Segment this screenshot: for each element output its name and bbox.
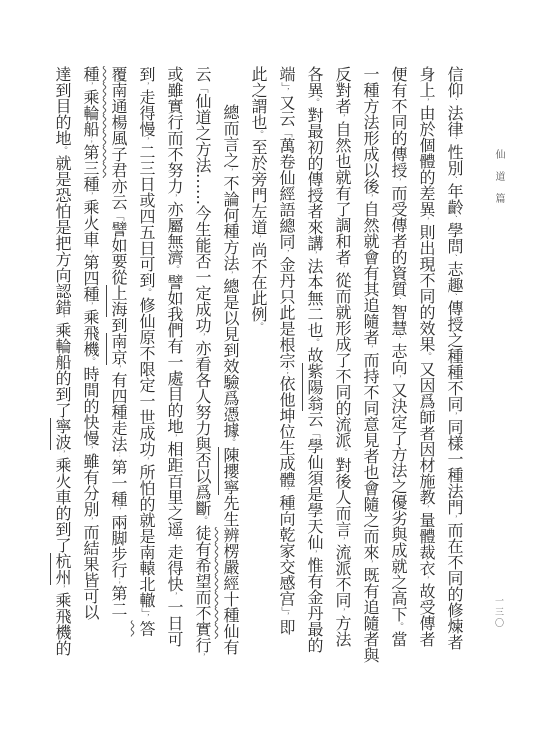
text-column: 總而言之，不論何種方法，總是以見到效驗爲憑據。陳攖寧先生辨楞嚴經十種仙有 [216,66,244,692]
text-run: 便有不同的傳授，而受傳者的資質、智慧、志向，又決定了方法之優劣與成就之高下。當 [389,66,408,647]
proper-name-mark: 杭州 [53,553,72,585]
text-column: 云「仙道之方法……今生能否一定成功，亦看各人努力與否以爲斷。徒有希望而不實行， [188,66,216,692]
text-run: 一種方法形成以後，自然就會有其追隨者，而持不同意見者也會隨之而來，既有追隨者與 [361,66,380,663]
text-run: 到，走得慢，二三日或四五日可到。修仙原不限定一世成功，所怕的就是南轅北轍」， [137,66,156,621]
text-run: 云「仙道之方法……今生能否一定成功，亦看各人努力與否以爲斷。徒有希望而不實行， [193,66,212,660]
text-column: 反對者，自然也就有了調和者，從而就形成了不同的流派。對後人而言，流派不同，方法 [328,66,356,692]
text-column: 到，走得慢，二三日或四五日可到。修仙原不限定一世成功，所怕的就是南轅北轍」，答 [132,66,160,692]
proper-name-mark: 紫陽翁 [305,363,324,411]
text-column: 達到目的地。就是恐怕是把方向認錯，乘輪船的到了寧波，乘火車的到了杭州，乘飛機的 [48,66,76,692]
text-run: 到 [109,317,128,333]
page-number: 一三〇 [492,596,505,629]
text-column: 各異。對最初的傳授者來講，法本無二也。故紫陽翁云「學仙須是學天仙，惟有金丹最的 [300,66,328,692]
book-title-mark: 覆南通楊風子君 [109,66,128,178]
text-run: 云「學仙須是學天仙，惟有金丹最的 [305,411,324,653]
text-run: 有 [221,639,240,655]
text-run: 亦云「譬如要從 [109,178,128,285]
text-run: ，乘飛機的 [53,585,72,656]
proper-name-mark: 上海 [109,285,128,317]
book-title-mark: 辨楞嚴經十種仙 [221,527,240,639]
text-column: 覆南通楊風子君亦云「譬如要從上海到南京，有四種走法：第一種，兩脚步行；第二 [104,66,132,692]
proper-name-mark: 陳攖寧 [221,447,240,495]
text-run: ，有四種走法：第一種，兩脚步行；第二 [109,365,128,617]
text-column: 便有不同的傳授，而受傳者的資質、智慧、志向，又決定了方法之優劣與成就之高下。當 [384,66,412,692]
text-columns: 信仰、法律、性別、年齡、學問、志趣、傳授之種種不同，同樣一種法門，而在不同的修煉… [48,66,468,692]
text-run: ，乘火車的到了 [53,450,72,553]
text-column: 種，乘輪船；第三種，乘火車；第四種，乘飛機。時間的快慢，雖有分別，而結果皆可以 [76,66,104,692]
text-column: 此之謂也。至於旁門左道，尚不在此例。 [244,66,272,692]
text-column: 身上，由於個體的差異，則出現不同的效果。又因爲師者因材施教，量體裁衣，故受傳者 [412,66,440,692]
proper-name-mark: 南京 [109,333,128,365]
text-column: 一種方法形成以後，自然就會有其追隨者，而持不同意見者也會隨之而來，既有追隨者與 [356,66,384,692]
text-column: 或雖實行而不努力，亦屬無濟。譬如我們有一處目的地，相距百里之遥，走得快，一日可 [160,66,188,692]
text-run: 端」，又云「萬卷仙經語總同，金丹只此是根宗；依他坤位生成體，種向乾家交感宫」，即 [277,66,296,635]
text-run: 各異。對最初的傳授者來講，法本無二也。故 [305,66,324,363]
text-run: 或雖實行而不努力，亦屬無濟。譬如我們有一處目的地，相距百里之遥，走得快，一日可 [165,66,184,647]
text-column: 端」，又云「萬卷仙經語總同，金丹只此是根宗；依他坤位生成體，種向乾家交感宫」，即 [272,66,300,692]
book-page: 仙道篇 一三〇 信仰、法律、性別、年齡、學問、志趣、傳授之種種不同，同樣一種法門… [0,0,539,745]
running-title: 仙道篇 [491,149,506,215]
book-title-mark: 答 [137,621,156,637]
text-run: 總而言之，不論何種方法，總是以見到效驗爲憑據。 [221,104,240,447]
text-column: 信仰、法律、性別、年齡、學問、志趣、傳授之種種不同，同樣一種法門，而在不同的修煉… [440,66,468,692]
text-run: 身上，由於個體的差異，則出現不同的效果。又因爲師者因材施教，量體裁衣，故受傳者 [417,66,436,647]
text-run: 達到目的地。就是恐怕是把方向認錯，乘輪船的到了 [53,66,72,418]
text-run: 先生 [221,495,240,527]
text-run: 信仰、法律、性別、年齡、學問、志趣、傳授之種種不同，同樣一種法門，而在不同的修煉… [445,66,464,650]
proper-name-mark: 寧波 [53,418,72,450]
text-run: 反對者，自然也就有了調和者，從而就形成了不同的流派。對後人而言，流派不同，方法 [333,66,352,647]
text-run: 種，乘輪船；第三種，乘火車；第四種，乘飛機。時間的快慢，雖有分別，而結果皆可以 [81,66,100,620]
text-run: 此之謂也。至於旁門左道，尚不在此例。 [249,66,268,331]
